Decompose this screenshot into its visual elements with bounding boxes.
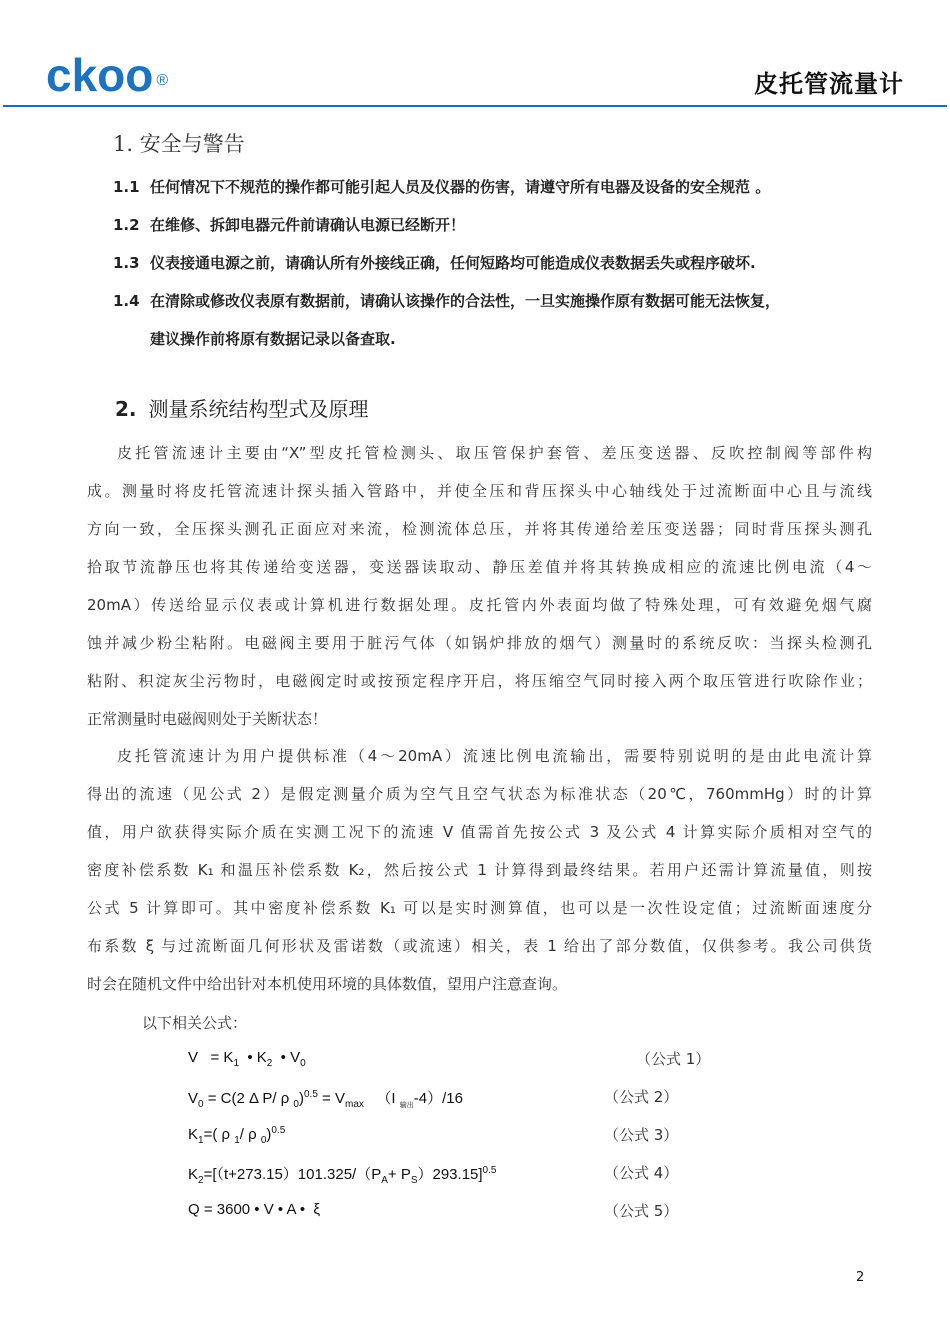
header-divider xyxy=(3,105,947,107)
formula-5-label: （公式 5） xyxy=(604,1200,678,1221)
section-1-title: 1. 安全与警告 xyxy=(113,128,245,158)
item-number: 1.4 xyxy=(113,292,150,310)
formula-2: V0 = C(2 Δ P/ ρ 0)0.5 = Vmax （I 输出-4）/16 xyxy=(188,1087,463,1110)
item-text: 在清除或修改仪表原有数据前，请确认该操作的合法性，一旦实施操作原有数据可能无法恢… xyxy=(150,292,780,310)
item-text: 在维修、拆卸电器元件前请确认电源已经断开！ xyxy=(150,216,465,234)
formula-intro: 以下相关公式： xyxy=(142,1012,247,1033)
logo-text: ckoo xyxy=(46,49,153,101)
item-number: 1.2 xyxy=(113,216,150,234)
safety-item-1-3: 1.3仪表接通电源之前，请确认所有外接线正确，任何短路均可能造成仪表数据丢失或程… xyxy=(113,252,756,273)
paragraph-2-line: 值，用户欲获得实际介质在实测工况下的流速 V 值需首先按公式 3 及公式 4 计… xyxy=(87,821,872,842)
paragraph-1-line: 成。测量时将皮托管流速计探头插入管路中，并使全压和背压探头中心轴线处于过流断面中… xyxy=(87,480,872,501)
section-title-text: 测量系统结构型式及原理 xyxy=(149,397,369,421)
section-2-title: 2.测量系统结构型式及原理 xyxy=(115,393,369,422)
item-text: 仪表接通电源之前，请确认所有外接线正确，任何短路均可能造成仪表数据丢失或程序破坏… xyxy=(150,254,756,272)
safety-item-1-2: 1.2在维修、拆卸电器元件前请确认电源已经断开！ xyxy=(113,214,465,235)
formula-4-label: （公式 4） xyxy=(604,1162,678,1183)
paragraph-2-line: 布系数 ξ 与过流断面几何形状及雷诺数（或流速）相关，表 1 给出了部分数值，仅… xyxy=(87,935,872,956)
paragraph-2-line: 时会在随机文件中给出针对本机使用环境的具体数值，望用户注意查询。 xyxy=(87,973,872,994)
item-number: 1.3 xyxy=(113,254,150,272)
paragraph-2-line: 得出的流速（见公式 2）是假定测量介质为空气且空气状态为标准状态（20℃，760… xyxy=(87,783,872,804)
page-number: 2 xyxy=(856,1270,864,1285)
brand-logo: ckoo® xyxy=(46,50,165,100)
paragraph-1-line: 皮托管流速计主要由“X”型皮托管检测头、取压管保护套管、差压变送器、反吹控制阀等… xyxy=(117,442,872,463)
formula-2-label: （公式 2） xyxy=(604,1086,678,1107)
formula-5: Q = 3600 • V • A • ξ xyxy=(188,1201,320,1218)
formula-1: V = K1 • K2 • V0 xyxy=(188,1049,306,1069)
safety-item-1-4: 1.4在清除或修改仪表原有数据前，请确认该操作的合法性，一旦实施操作原有数据可能… xyxy=(113,290,780,311)
paragraph-1-line: 拾取节流静压也将其传递给变送器，变送器读取动、静压差值并将其转换成相应的流速比例… xyxy=(87,556,872,577)
paragraph-2-line: 密度补偿系数 K₁ 和温压补偿系数 K₂，然后按公式 1 计算得到最终结果。若用… xyxy=(87,859,872,880)
paragraph-1-line: 粘附、积淀灰尘污物时，电磁阀定时或按预定程序开启，将压缩空气同时接入两个取压管进… xyxy=(87,670,872,691)
registered-mark: ® xyxy=(156,72,168,89)
formula-3: K1=( ρ 1/ ρ 0)0.5 xyxy=(188,1125,285,1146)
safety-item-1-4-continuation: 建议操作前将原有数据记录以备查取. xyxy=(150,328,396,349)
paragraph-2-line: 公式 5 计算即可。其中密度补偿系数 K₁ 可以是实时测算值，也可以是一次性设定… xyxy=(87,897,872,918)
output-subscript: 输出 xyxy=(400,1102,414,1109)
paragraph-1-line: 蚀并减少粉尘粘附。电磁阀主要用于脏污气体（如锅炉排放的烟气）测量时的系统反吹：当… xyxy=(87,632,872,653)
paragraph-1-line: 20mA）传送给显示仪表或计算机进行数据处理。皮托管内外表面均做了特殊处理，可有… xyxy=(87,594,872,615)
formula-1-label: （公式 1） xyxy=(636,1048,710,1069)
safety-item-1-1: 1.1任何情况下不规范的操作都可能引起人员及仪器的伤害，请遵守所有电器及设备的安… xyxy=(113,176,770,197)
document-title: 皮托管流量计 xyxy=(754,64,904,99)
section-number: 2. xyxy=(115,397,137,421)
formula-4: K2=[（t+273.15）101.325/（PA+ PS）293.15]0.5 xyxy=(188,1163,496,1186)
formula-3-label: （公式 3） xyxy=(604,1124,678,1145)
item-text: 任何情况下不规范的操作都可能引起人员及仪器的伤害，请遵守所有电器及设备的安全规范… xyxy=(150,178,770,196)
paragraph-2-line: 皮托管流速计为用户提供标准（4～20mA）流速比例电流输出，需要特别说明的是由此… xyxy=(117,745,872,766)
paragraph-1-line: 方向一致，全压探头测孔正面应对来流，检测流体总压，并将其传递给差压变送器；同时背… xyxy=(87,518,872,539)
item-number: 1.1 xyxy=(113,178,150,196)
paragraph-1-line: 正常测量时电磁阀则处于关断状态！ xyxy=(87,708,872,729)
